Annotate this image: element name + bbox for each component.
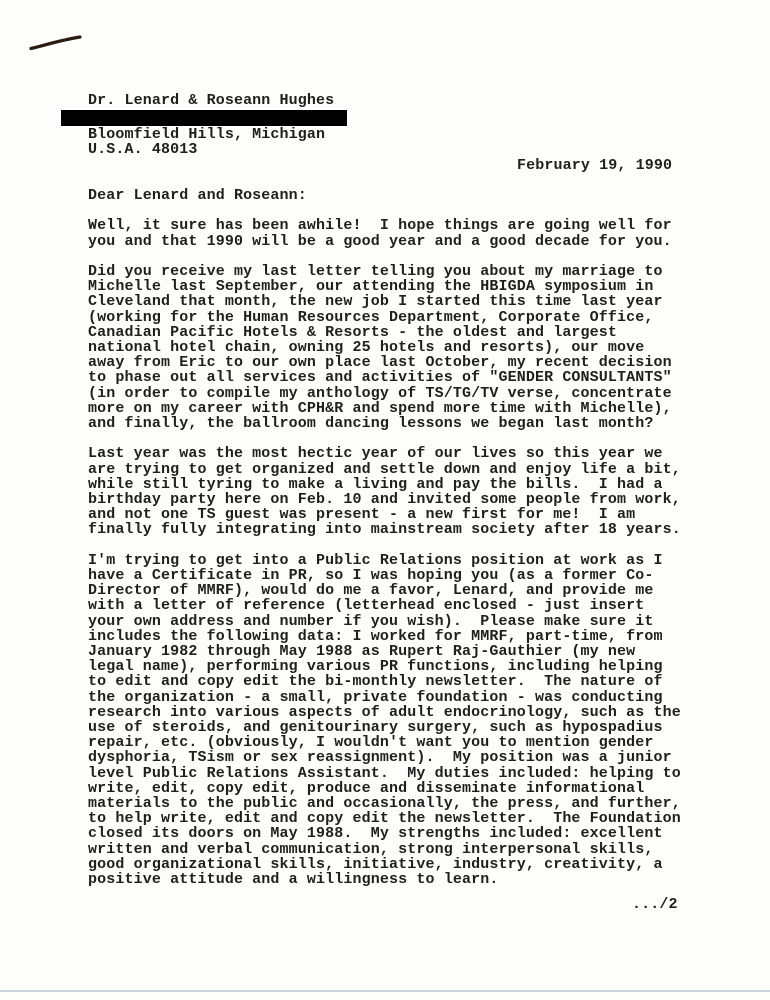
paragraph-1: Well, it sure has been awhile! I hope th… xyxy=(88,218,728,248)
letter-date: February 19, 1990 xyxy=(517,158,728,173)
redaction-bar xyxy=(61,110,347,126)
recipient-address: Bloomfield Hills, Michigan U.S.A. 48013 xyxy=(88,127,728,157)
paragraph-3: Last year was the most hectic year of ou… xyxy=(88,446,728,537)
letter-scan-page: Dr. Lenard & Roseann Hughes Bloomfield H… xyxy=(0,0,770,1000)
pen-mark xyxy=(28,33,86,53)
letter-body: Dr. Lenard & Roseann Hughes Bloomfield H… xyxy=(88,93,728,913)
salutation: Dear Lenard and Roseann: xyxy=(88,188,728,203)
page-continuation-marker: .../2 xyxy=(632,897,728,912)
recipient-name: Dr. Lenard & Roseann Hughes xyxy=(88,93,728,108)
paragraph-2: Did you receive my last letter telling y… xyxy=(88,264,728,431)
scan-edge-artifact xyxy=(0,990,770,992)
paragraph-4: I'm trying to get into a Public Relation… xyxy=(88,553,728,887)
